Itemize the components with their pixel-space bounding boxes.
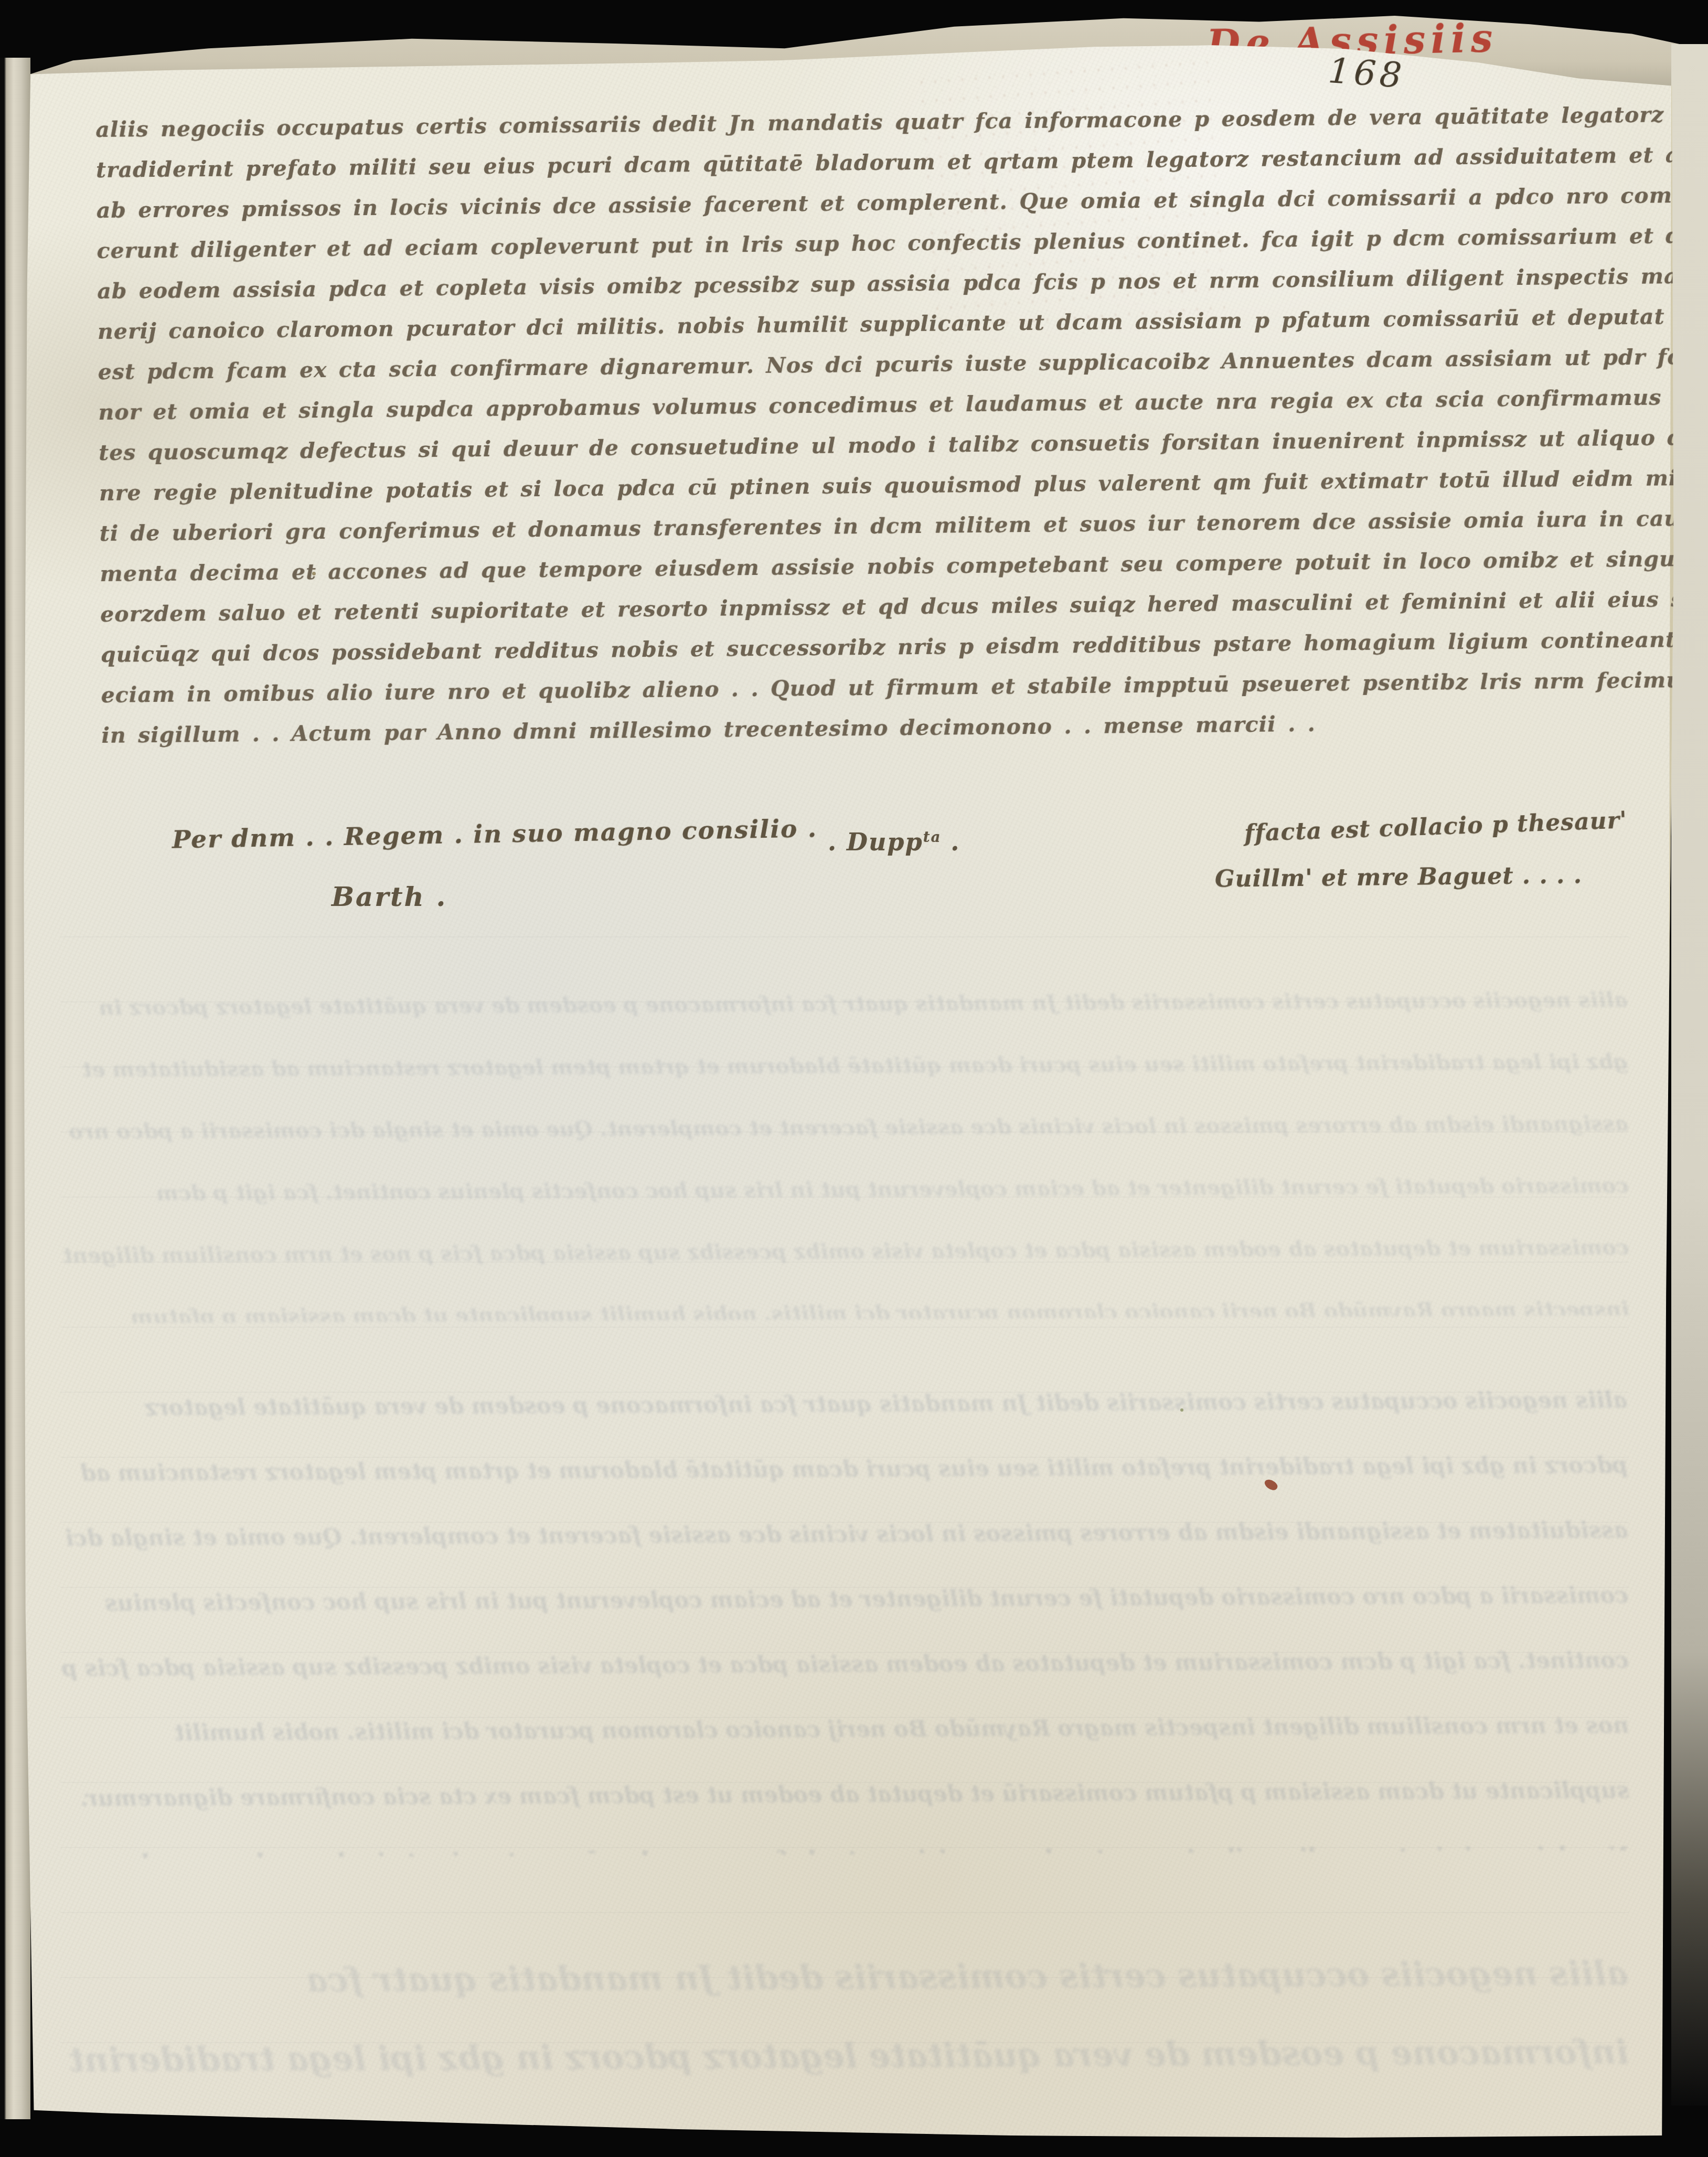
duplicata-abbrev: . Dupp bbox=[828, 828, 923, 856]
duplicata-note: . Duppta . bbox=[828, 828, 960, 856]
manuscript-page: 168 aliis negociis occupatus certis comi… bbox=[10, 29, 1679, 2138]
next-folio-edge bbox=[1671, 44, 1708, 2106]
folio-number: 168 bbox=[1327, 50, 1406, 96]
collation-note-line1: ffacta est collacio p thesaur' bbox=[1244, 807, 1628, 847]
chancery-note-per-regem: Per dnm . . Regem . in suo magno consili… bbox=[172, 814, 818, 854]
ink-bleed-speckle bbox=[914, 53, 1226, 346]
parchment-speck bbox=[312, 572, 316, 575]
faint-ruling-lines bbox=[60, 936, 1628, 2080]
duplicata-point: . bbox=[941, 828, 960, 856]
clerk-signature: Barth . bbox=[332, 881, 447, 913]
text-block: aliis negociis occupatus certis comissar… bbox=[95, 102, 1618, 763]
parchment-speck bbox=[1180, 1408, 1183, 1412]
duplicata-superscript: ta bbox=[923, 828, 942, 846]
photographic-background: De Assisiis 168 aliis negociis occupatus… bbox=[0, 0, 1708, 2157]
collation-note-line2: Guillm' et mre Baguet . . . . bbox=[1215, 862, 1583, 892]
